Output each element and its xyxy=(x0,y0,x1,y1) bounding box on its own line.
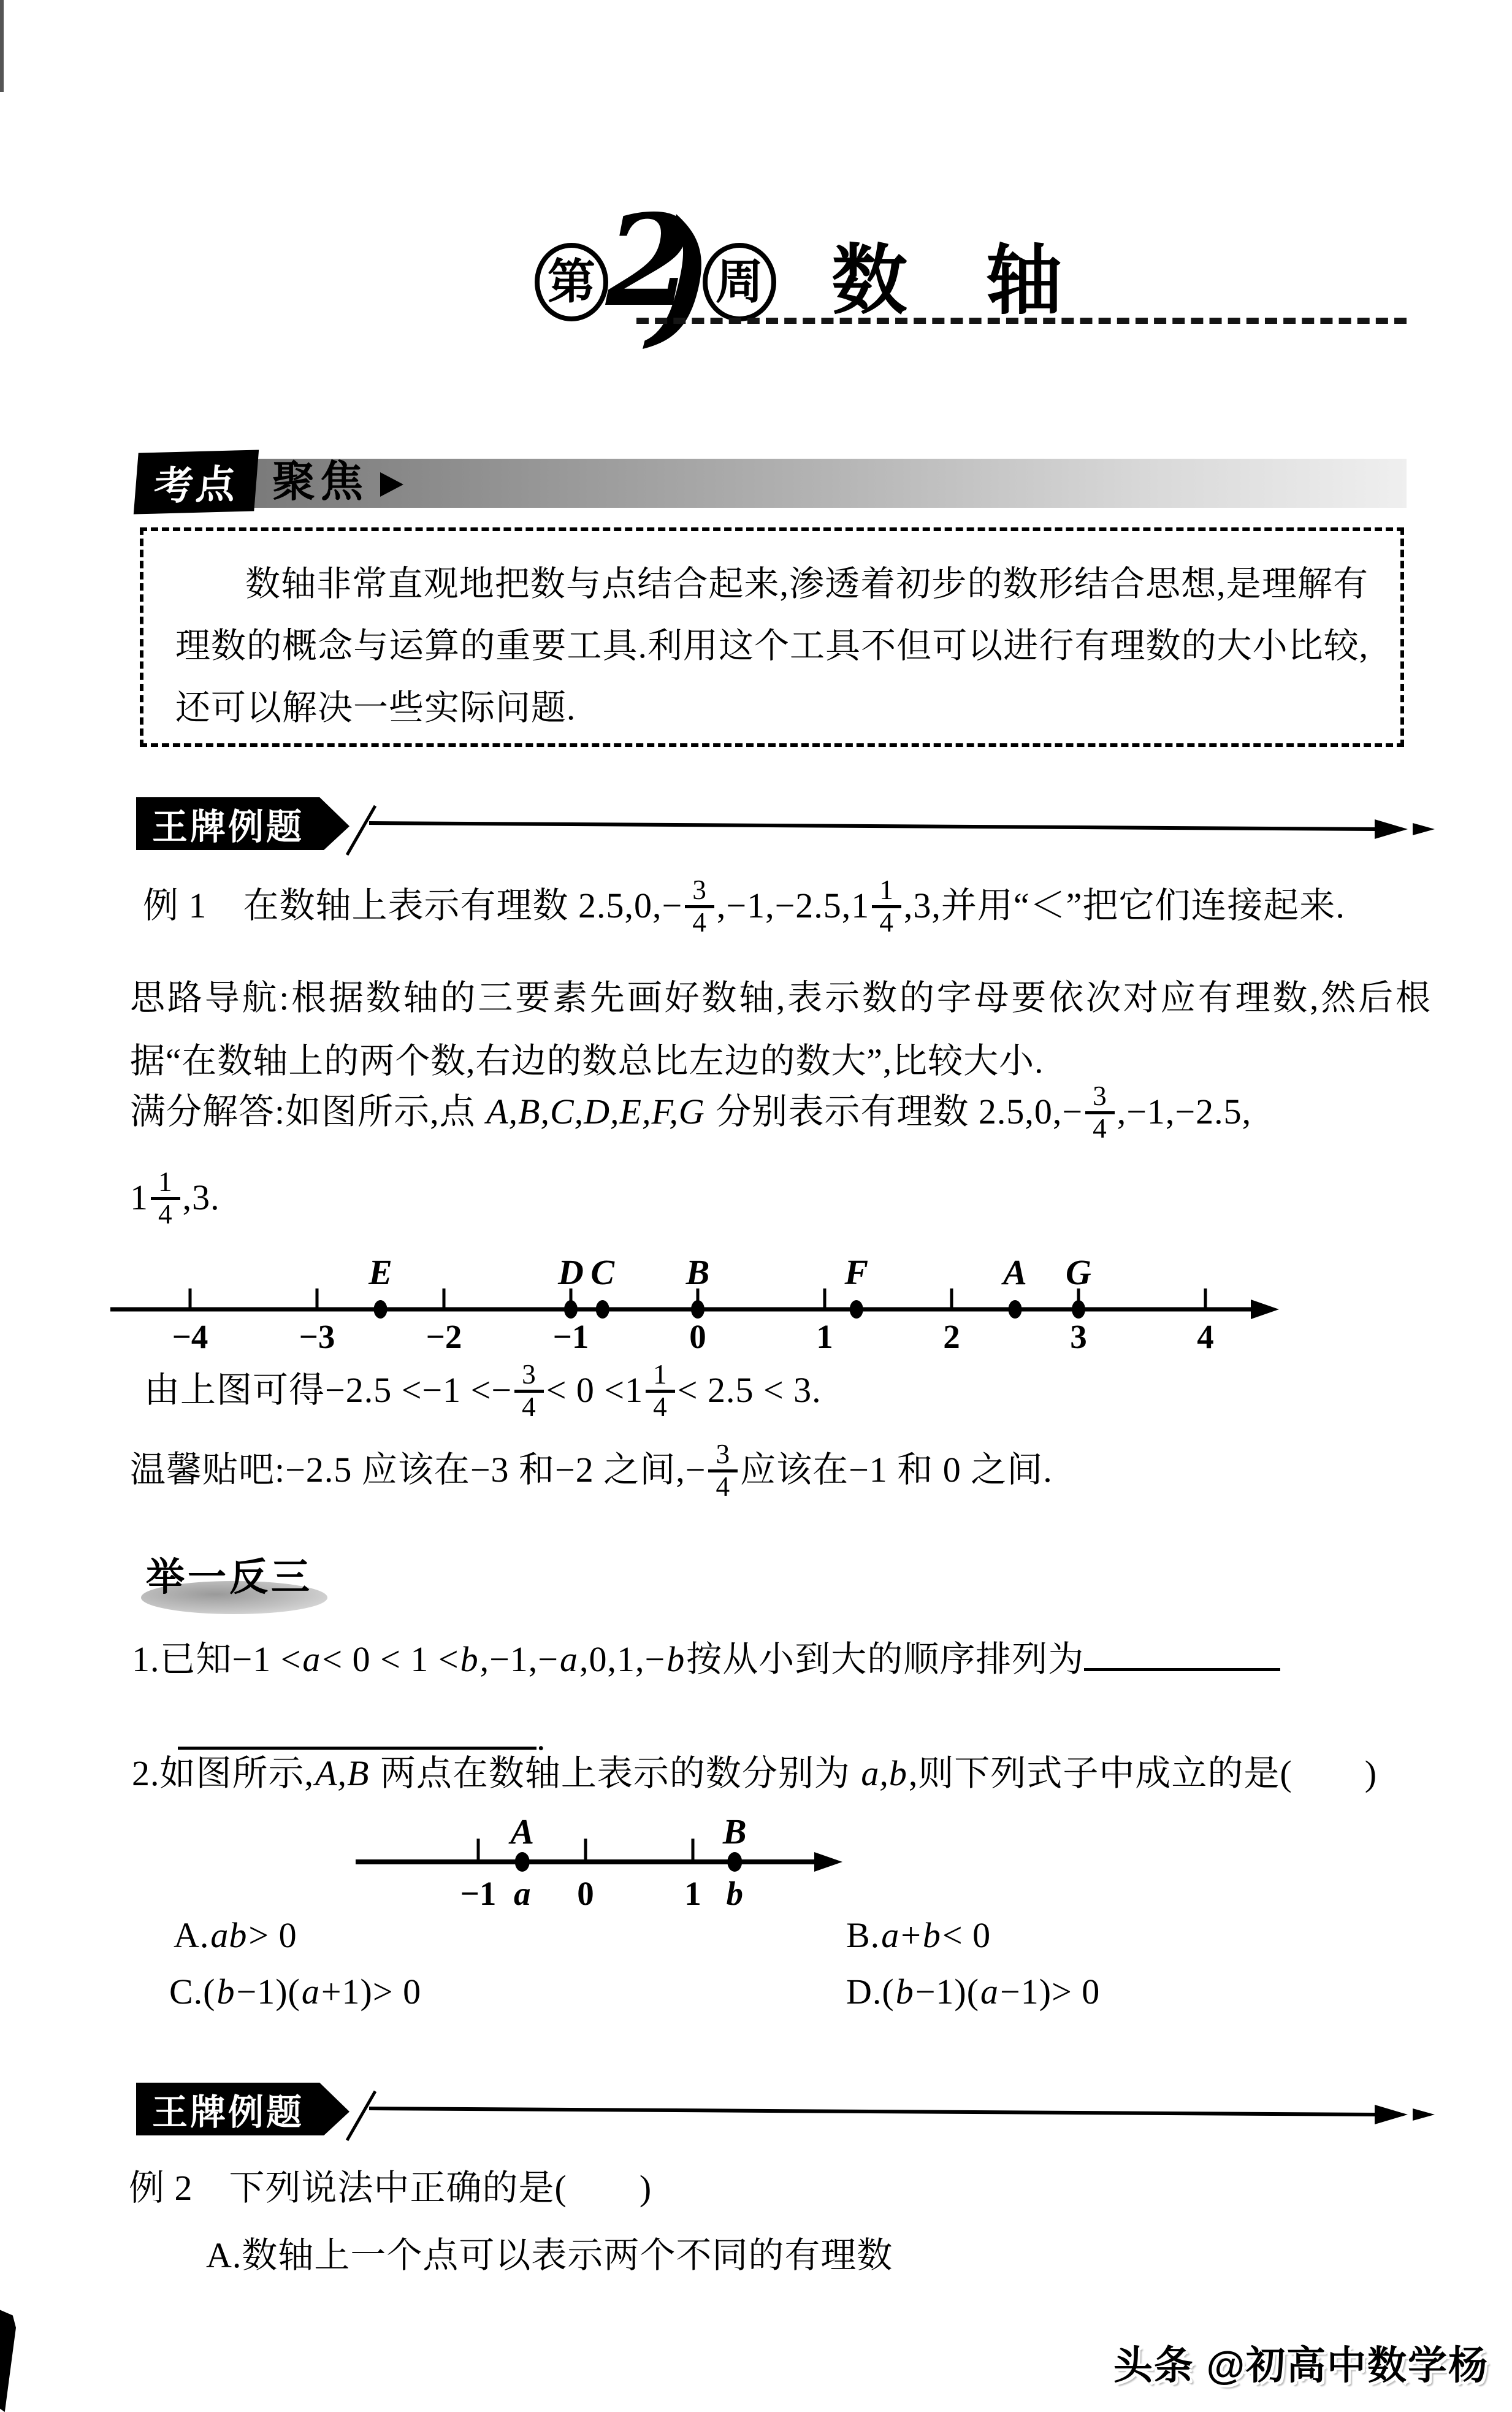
numberline-figure-1: −4−3−2−101234EDCBFAG xyxy=(92,1239,1318,1377)
problem1-line1: 1.已知−1 <a< 0 < 1 <b,−1,−a,0,1,−b按从小到大的顺序… xyxy=(132,1633,1280,1682)
svg-text:B: B xyxy=(722,1812,747,1851)
numberline-figure-2: −101AaBb xyxy=(331,1808,883,1937)
week-number: 2 xyxy=(606,199,693,324)
scan-artifact-bottom-left xyxy=(0,2301,16,2412)
page-title: 数 轴 xyxy=(831,243,1063,319)
page: { "header": { "week_prefix": "第", "week_… xyxy=(0,0,1512,2412)
svg-text:−2: −2 xyxy=(426,1318,462,1355)
svg-text:4: 4 xyxy=(1197,1318,1214,1355)
svg-text:−1: −1 xyxy=(553,1318,589,1355)
triangle-arrow-icon xyxy=(380,472,403,497)
juyifansan-label: 举一反三 xyxy=(146,1556,313,1599)
svg-text:0: 0 xyxy=(689,1318,706,1355)
answer-blank xyxy=(178,1711,536,1750)
svg-text:A: A xyxy=(508,1812,534,1851)
svg-text:3: 3 xyxy=(1070,1318,1087,1355)
scan-artifact-top-left xyxy=(0,0,4,92)
svg-text:−1: −1 xyxy=(460,1875,497,1912)
summary-box: 数轴非常直观地把数与点结合起来,渗透着初步的数形结合思想,是理解有理数的概念与运… xyxy=(140,527,1404,747)
kaodian-tag: 考点 xyxy=(134,450,259,514)
example2-option-a: A.数轴上一个点可以表示两个不同的有理数 xyxy=(206,2234,893,2278)
wangpai-line-icon xyxy=(343,2080,1453,2148)
svg-text:G: G xyxy=(1066,1252,1091,1292)
kaodian-bar: 考点 聚焦 xyxy=(140,459,1407,508)
example1-silu: 思路导航:根据数轴的三要素先画好数轴,表示数的字母要依次对应有理数,然后根据“在… xyxy=(130,967,1431,1093)
example2-line: 例 2 下列说法中正确的是( ) xyxy=(129,2166,652,2211)
svg-text:a: a xyxy=(514,1875,531,1912)
option-d: D.(b−1)(a−1)> 0 xyxy=(846,1970,1100,2015)
answer-blank xyxy=(1084,1633,1280,1671)
svg-text:1: 1 xyxy=(684,1875,701,1912)
option-b: B.a+b< 0 xyxy=(846,1913,991,1958)
wangpai-badge: 王牌例题 xyxy=(136,2083,349,2135)
kaodian-label: 聚焦 xyxy=(272,456,368,509)
example1-manfen-line2: 114,3. xyxy=(130,1170,220,1232)
wangpai-line-icon xyxy=(343,795,1453,862)
example1-manfen-line1: 满分解答:如图所示,点 A,B,C,D,E,F,G 分别表示有理数 2.5,0,… xyxy=(130,1084,1251,1146)
svg-text:E: E xyxy=(368,1252,392,1292)
watermark: 头条 @初高中数学杨 xyxy=(1113,2334,1489,2391)
title-circle-zhou: 周 xyxy=(703,243,776,321)
juyifansan-badge: 举一反三 xyxy=(146,1556,313,1599)
svg-text:D: D xyxy=(557,1252,584,1292)
svg-text:b: b xyxy=(727,1875,744,1912)
option-a: A.ab> 0 xyxy=(174,1913,297,1958)
svg-text:−3: −3 xyxy=(299,1318,335,1355)
svg-text:1: 1 xyxy=(816,1318,833,1355)
svg-text:2: 2 xyxy=(943,1318,960,1355)
svg-text:F: F xyxy=(844,1252,868,1292)
example1-conclusion: 由上图可得−2.5 <−1 <−34< 0 <114< 2.5 < 3. xyxy=(144,1363,822,1425)
option-c: C.(b−1)(a+1)> 0 xyxy=(169,1970,421,2015)
wangpai-badge: 王牌例题 xyxy=(136,797,349,850)
title-circle-di: 第 xyxy=(535,243,608,321)
example1-tip: 温馨贴吧:−2.5 应该在−3 和−2 之间,−34应该在−1 和 0 之间. xyxy=(130,1442,1053,1504)
title-dashed-line xyxy=(636,318,1407,324)
example1-line: 例 1 在数轴上表示有理数 2.5,0,−34,−1,−2.5,114,3,并用… xyxy=(143,878,1345,940)
problem2-line: 2.如图所示,A,B 两点在数轴上表示的数分别为 a,b,则下列式子中成立的是(… xyxy=(132,1752,1377,1796)
summary-text: 数轴非常直观地把数与点结合起来,渗透着初步的数形结合思想,是理解有理数的概念与运… xyxy=(175,553,1369,739)
svg-text:A: A xyxy=(1001,1252,1027,1292)
svg-text:0: 0 xyxy=(577,1875,594,1912)
svg-text:B: B xyxy=(685,1252,710,1292)
svg-text:C: C xyxy=(590,1252,615,1292)
svg-text:−4: −4 xyxy=(172,1318,208,1355)
